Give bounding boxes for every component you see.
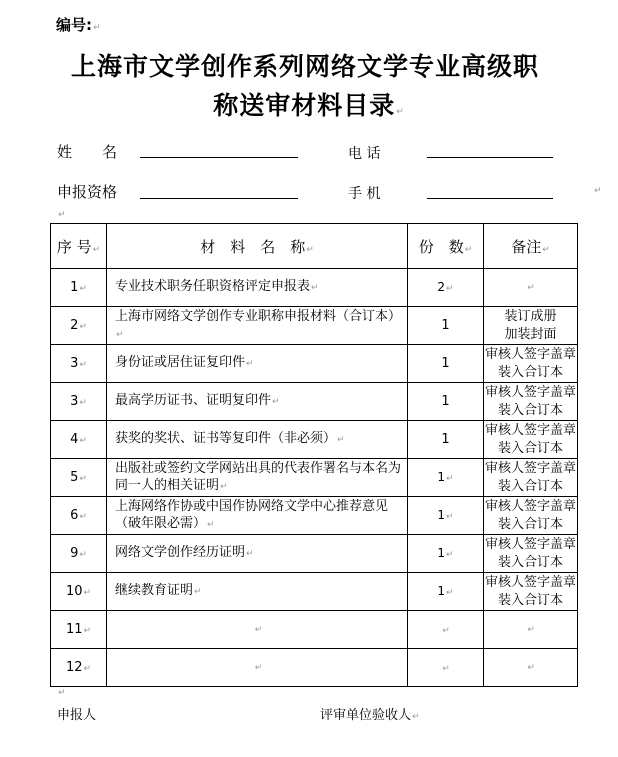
paragraph-mark-icon: ↵ [93,245,101,255]
paragraph-mark-icon: ↵ [79,322,87,332]
row-note: 审核人签字盖章装入合订本 [485,347,576,380]
row-name: 继续教育证明 [115,583,193,598]
mobile-field[interactable] [427,198,553,199]
paragraph-mark-icon: ↵ [446,512,454,522]
phone-label: 电 话 [348,143,380,163]
paragraph-mark-icon: ↵ [79,512,87,522]
header-qty-text: 份 数 [419,238,464,256]
page-title-line2: 称送审材料目录↵ [0,91,618,127]
row-name: 上海网络作协或中国作协网络文学中心推荐意见（破年限必需） [115,499,388,531]
row-no: 3 [70,356,78,371]
table-row: 12↵ ↵ ↵ ↵ [51,649,578,687]
paragraph-mark-icon: ↵ [79,550,87,560]
qualification-field[interactable] [140,198,298,199]
header-no-text: 序 号 [57,238,92,256]
receiver-label: 评审单位验收人↵ [320,704,420,723]
receiver-label-text: 评审单位验收人 [320,708,411,723]
paragraph-mark-icon: ↵ [246,359,254,369]
column-header-name: 材 料 名 称↵ [107,224,408,269]
row-note: 审核人签字盖章装入合订本 [485,385,576,418]
paragraph-mark-icon: ↵ [311,283,319,293]
row-no: 6 [70,508,78,523]
row-no: 5 [70,470,78,485]
paragraph-mark-icon: ↵ [79,284,87,294]
name-label: 姓 名 [57,141,117,162]
row-name: 最高学历证书、证明复印件 [115,393,271,408]
qualification-label: 申报资格 [57,181,117,202]
paragraph-mark-icon: ↵ [58,210,66,220]
row-qty: 1 [437,508,445,522]
row-qty: 1 [441,318,449,333]
name-field[interactable] [140,157,298,158]
row-qty: 1 [437,584,445,598]
paragraph-mark-icon: ↵ [246,549,254,559]
row-qty: 1 [441,356,449,371]
table-row: 6↵ 上海网络作协或中国作协网络文学中心推荐意见（破年限必需）↵ 1↵ 审核人签… [51,497,578,535]
paragraph-mark-icon: ↵ [79,474,87,484]
materials-table: 序 号↵ 材 料 名 称↵ 份 数↵ 备注↵ 1↵ 专业技术职务任职资格评定申报… [50,223,578,687]
paragraph-mark-icon: ↵ [306,245,314,255]
paragraph-mark-icon: ↵ [446,284,454,294]
row-name: 上海市网络文学创作专业职称申报材料（合订本） [115,309,401,324]
page-title-line1: 上海市文学创作系列网络文学专业高级职 [0,52,614,82]
paragraph-mark-icon: ↵ [465,245,473,255]
row-qty: 1 [437,470,445,484]
header-name-text: 材 料 名 称 [200,238,305,256]
page-title-line2-text: 称送审材料目录 [213,91,395,120]
row-note: 装订成册 加装封面 [504,309,556,342]
paragraph-mark-icon: ↵ [207,520,215,530]
table-header-row: 序 号↵ 材 料 名 称↵ 份 数↵ 备注↵ [51,224,578,269]
paragraph-mark-icon: ↵ [396,107,405,117]
paragraph-mark-icon: ↵ [527,663,535,673]
row-no: 11 [66,622,83,637]
row-qty: 1 [441,394,449,409]
paragraph-mark-icon: ↵ [79,398,87,408]
paragraph-mark-icon: ↵ [527,283,535,293]
row-name: 身份证或居住证复印件 [115,355,245,370]
paragraph-mark-icon: ↵ [442,664,450,674]
row-note: 审核人签字盖章装入合订本 [485,423,576,456]
paragraph-mark-icon: ↵ [58,688,66,698]
row-note: 审核人签字盖章装入合订本 [485,461,576,494]
row-name: 出版社或签约文学网站出具的代表作署名与本名为同一人的相关证明 [115,461,401,493]
table-row: 2↵ 上海市网络文学创作专业职称申报材料（合订本）↵ 1 装订成册 加装封面 [51,307,578,345]
paragraph-mark-icon: ↵ [442,626,450,636]
paragraph-mark-icon: ↵ [255,663,263,673]
header-note-text: 备注 [511,238,541,256]
paragraph-mark-icon: ↵ [255,625,263,635]
paragraph-mark-icon: ↵ [446,474,454,484]
table-row: 10↵ 继续教育证明↵ 1↵ 审核人签字盖章装入合订本 [51,573,578,611]
paragraph-mark-icon: ↵ [527,625,535,635]
row-qty: 2 [437,280,445,294]
paragraph-mark-icon: ↵ [79,360,87,370]
row-no: 2 [70,318,78,333]
paragraph-mark-icon: ↵ [412,712,420,722]
paragraph-mark-icon: ↵ [79,436,87,446]
row-no: 10 [66,584,83,599]
paragraph-mark-icon: ↵ [116,330,124,340]
row-note: 审核人签字盖章装入合订本 [485,499,576,532]
row-note: 审核人签字盖章装入合订本 [485,537,576,570]
row-name: 获奖的奖状、证书等复印件（非必须） [115,431,336,446]
row-name: 网络文学创作经历证明 [115,545,245,560]
paragraph-mark-icon: ↵ [84,588,92,598]
paragraph-mark-icon: ↵ [93,23,101,33]
row-note: 审核人签字盖章装入合订本 [485,575,576,608]
row-name: 专业技术职务任职资格评定申报表 [115,279,310,294]
paragraph-mark-icon: ↵ [220,482,228,492]
table-row: 1↵ 专业技术职务任职资格评定申报表↵ 2↵ ↵ [51,269,578,307]
paragraph-mark-icon: ↵ [337,435,345,445]
paragraph-mark-icon: ↵ [272,397,280,407]
paragraph-mark-icon: ↵ [446,588,454,598]
table-row: 5↵ 出版社或签约文学网站出具的代表作署名与本名为同一人的相关证明↵ 1↵ 审核… [51,459,578,497]
table-row: 4↵ 获奖的奖状、证书等复印件（非必须）↵ 1 审核人签字盖章装入合订本 [51,421,578,459]
row-no: 4 [70,432,78,447]
document-number-text: 编号: [56,16,92,34]
paragraph-mark-icon: ↵ [446,550,454,560]
paragraph-mark-icon: ↵ [594,186,602,196]
row-no: 3 [70,394,78,409]
phone-field[interactable] [427,157,553,158]
column-header-note: 备注↵ [484,224,578,269]
table-row: 3↵ 身份证或居住证复印件↵ 1 审核人签字盖章装入合订本 [51,345,578,383]
column-header-qty: 份 数↵ [408,224,484,269]
document-number-label: 编号:↵ [56,14,101,35]
row-qty: 1 [437,546,445,560]
column-header-no: 序 号↵ [51,224,107,269]
applicant-label: 申报人 [57,704,96,723]
paragraph-mark-icon: ↵ [84,664,92,674]
paragraph-mark-icon: ↵ [84,626,92,636]
table-row: 11↵ ↵ ↵ ↵ [51,611,578,649]
paragraph-mark-icon: ↵ [542,245,550,255]
mobile-label: 手 机 [348,183,380,203]
paragraph-mark-icon: ↵ [194,587,202,597]
row-no: 1 [70,280,78,295]
row-no: 9 [70,546,78,561]
row-qty: 1 [441,432,449,447]
row-no: 12 [66,660,83,675]
table-row: 3↵ 最高学历证书、证明复印件↵ 1 审核人签字盖章装入合订本 [51,383,578,421]
table-row: 9↵ 网络文学创作经历证明↵ 1↵ 审核人签字盖章装入合订本 [51,535,578,573]
